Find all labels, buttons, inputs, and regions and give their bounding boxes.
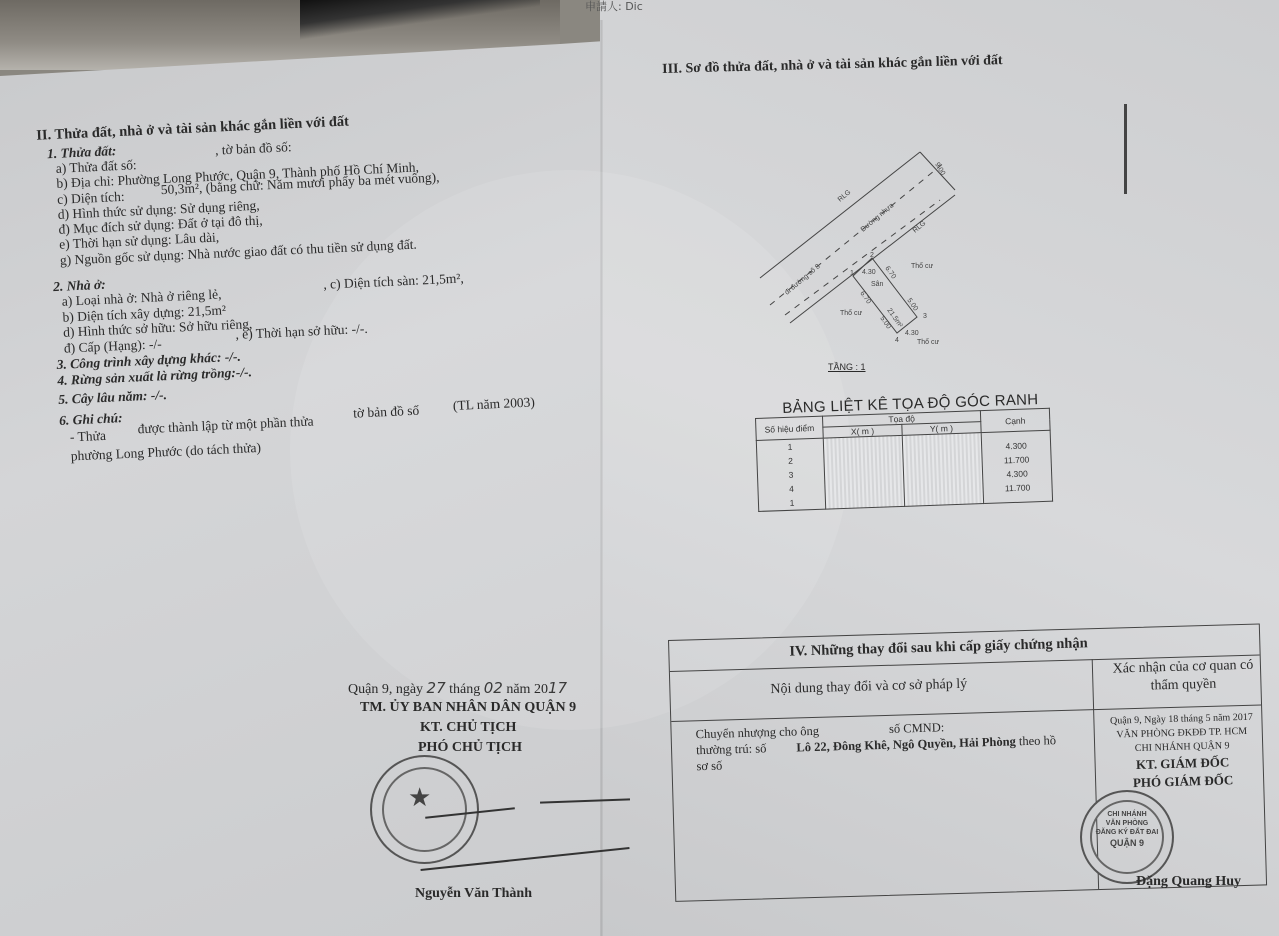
north-arrow-icon — [1124, 104, 1127, 194]
floor-label: TẦNG : 1 — [828, 362, 866, 372]
year-label: năm 20 — [506, 682, 548, 697]
signatory-kt: KT. CHỦ TỊCH — [420, 720, 516, 736]
dim-label: 6.70 — [858, 290, 872, 305]
edge-list: 4.300 11.700 4.300 11.700 — [981, 430, 1052, 503]
official-seal: ★ — [370, 755, 479, 864]
dossier-label: theo hồ — [1019, 733, 1057, 748]
point-list: 1 2 3 4 1 — [756, 438, 825, 511]
col-content-header: Nội dung thay đổi và cơ sở pháp lý — [770, 677, 967, 698]
x-values-redacted — [823, 435, 904, 509]
coordinate-table: Số hiệu điểm Tọa độ Cạnh X( m ) Y( m ) 1… — [755, 408, 1053, 512]
date-year: 17 — [548, 679, 567, 697]
col-confirm-header: Xác nhận của cơ quan có thẩm quyền — [1108, 657, 1259, 697]
dim-label: 4.30 — [862, 269, 876, 276]
confirmation: Quận 9, Ngày 18 tháng 5 năm 2017 VĂN PHÒ… — [1101, 710, 1263, 792]
date-month: 02 — [484, 679, 503, 697]
direction-label: đi đường số 8 — [783, 262, 822, 297]
section-4-table: IV. Những thay đổi sau khi cấp giấy chứn… — [668, 623, 1267, 901]
col-point: Số hiệu điểm — [756, 416, 824, 440]
top-label: 申請人: Dic — [585, 0, 643, 14]
point-label: 1 — [850, 270, 854, 277]
neighbor-label: Thổ cư — [840, 309, 863, 317]
change-content: Chuyển nhượng cho ôngsố CMND: thường trú… — [695, 716, 1056, 774]
id-number-label: số CMND: — [889, 720, 945, 736]
section-4-title: IV. Những thay đổi sau khi cấp giấy chứn… — [789, 635, 1088, 660]
point-label: 2 — [870, 252, 874, 259]
y-values-redacted — [902, 433, 983, 507]
road-label: Đường nhựa — [860, 202, 896, 233]
notes-map-sheet: tờ bản đồ số — [353, 403, 420, 422]
point-label: 4 — [895, 337, 899, 344]
point-label: 3 — [923, 313, 927, 320]
seal-line: VĂN PHÒNG — [1082, 819, 1172, 828]
neighbor-label: Thổ cư — [911, 262, 934, 270]
issue-date: Quận 9, ngày 27 tháng 02 năm 2017 — [348, 680, 567, 698]
parcel-diagram: RLG RLG Đường nhựa 9.00 đi đường số 8 Sâ… — [745, 140, 985, 380]
date-day: 27 — [427, 679, 446, 697]
signatory-position: PHÓ CHỦ TỊCH — [418, 740, 522, 756]
edge: 11.700 — [987, 480, 1047, 496]
seal-line: CHI NHÁNH — [1082, 810, 1172, 819]
point: 1 — [763, 495, 821, 511]
month-label: tháng — [449, 682, 480, 697]
residence-label: thường trú: số — [696, 741, 767, 757]
issuing-authority: TM. ỦY BAN NHÂN DÂN QUẬN 9 — [360, 700, 576, 716]
notes-parcel: - Thửa — [70, 428, 107, 446]
notes-heading: 6. Ghi chú: — [59, 410, 123, 429]
date-prefix: Quận 9, ngày — [348, 682, 423, 697]
seal-line: QUẬN 9 — [1082, 837, 1172, 849]
dim-label: 6.70 — [883, 265, 897, 280]
office-seal: CHI NHÁNH VĂN PHÒNG ĐĂNG KÝ ĐẤT ĐAI QUẬN… — [1080, 790, 1174, 884]
confirm-signer: Đặng Quang Huy — [1136, 874, 1241, 890]
seal-line: ĐĂNG KÝ ĐẤT ĐAI — [1082, 828, 1172, 837]
rlg-label-top: RLG — [837, 189, 853, 204]
signatory-name: Nguyễn Văn Thành — [415, 886, 532, 902]
col-edge: Cạnh — [980, 408, 1050, 432]
rlg-label-bottom: RLG — [912, 220, 928, 235]
yard-label: Sân — [871, 281, 884, 288]
star-icon: ★ — [408, 783, 431, 813]
neighbor-label: Thổ cư — [917, 338, 940, 346]
dim-label: 4.30 — [905, 330, 919, 337]
